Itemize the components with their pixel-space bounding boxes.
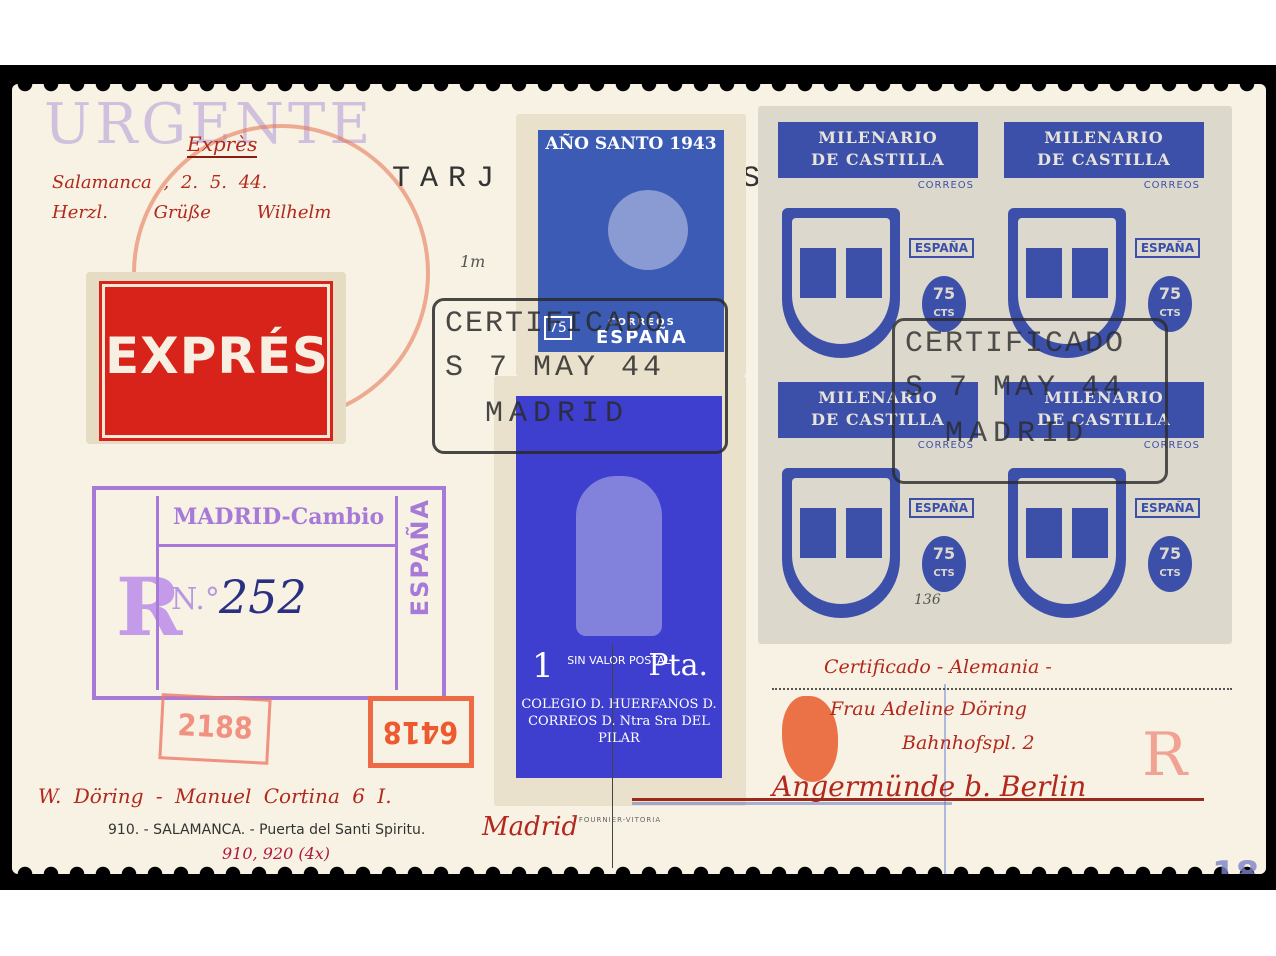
cancel-right-top: CERTIFICADO	[905, 327, 1125, 361]
stamp-pilar-unit: Pta.	[648, 648, 708, 683]
address-line-1: Certificado - Alemania -	[824, 656, 1052, 678]
milenario-correos: CORREOS	[918, 180, 974, 191]
registration-number: 252	[219, 570, 307, 624]
sender-address: W. Döring - Manuel Cortina 6 I.	[38, 784, 392, 808]
address-dotted-line	[772, 688, 1232, 690]
blue-crayon-underline	[632, 802, 952, 805]
milenario-value: 75CTS	[1148, 536, 1192, 592]
expres-label-red-field: EXPRÉS	[102, 284, 330, 438]
milenario-value-unit: CTS	[922, 564, 966, 584]
tower-icon	[800, 248, 836, 298]
cancel-left-city: MADRID	[485, 397, 629, 431]
sender-city: Madrid	[482, 812, 578, 842]
tower-icon	[846, 508, 882, 558]
card-center-divider	[612, 644, 613, 868]
milenario-value-number: 75	[933, 544, 955, 563]
tower-icon	[846, 248, 882, 298]
milenario-value-number: 75	[933, 284, 955, 303]
registered-r-mark: R	[1142, 720, 1187, 790]
shield-field	[1018, 478, 1116, 604]
milenario-banner: MILENARIODE CASTILLA	[778, 122, 978, 178]
stamp-pilar-line1: COLEGIO D. HUERFANOS D.	[516, 696, 722, 713]
expres-label-text: EXPRÉS	[105, 327, 327, 385]
milenario-banner: MILENARIODE CASTILLA	[1004, 122, 1204, 178]
cancel-left-date: S 7 MAY 44	[445, 351, 665, 385]
red-box-2188: 2188	[158, 693, 271, 765]
cancel-right-date: S 7 MAY 44	[905, 371, 1125, 405]
pencil-note-136: 136	[914, 592, 941, 608]
registration-number-prefix: N.°	[171, 582, 220, 617]
postcard: URGENTE TARJ S Exprès Salamanca , 2. 5. …	[12, 84, 1266, 874]
stamp-pilar-inscription: COLEGIO D. HUERFANOS D. CORREOS D. Ntra …	[516, 696, 722, 747]
milenario-country: ESPAÑA	[909, 238, 974, 258]
castle-shield-icon	[1008, 468, 1126, 618]
red-box-6418: 6418	[368, 696, 474, 768]
milenario-value-number: 75	[1159, 544, 1181, 563]
red-box-6418-number: 6418	[383, 701, 458, 761]
scalloped-edge-bottom	[12, 860, 1266, 874]
certificado-cancel-right: CERTIFICADO S 7 MAY 44 MADRID	[892, 318, 1168, 484]
castle-shield-icon	[782, 468, 900, 618]
pieta-figure-icon	[576, 476, 662, 636]
milenario-country: ESPAÑA	[909, 498, 974, 518]
registration-country: ESPAÑA	[406, 498, 434, 616]
milenario-value-unit: CTS	[1148, 564, 1192, 584]
handwritten-greeting: Herzl. Grüße Wilhelm	[52, 202, 331, 223]
cancel-left-top: CERTIFICADO	[445, 307, 665, 341]
address-underline	[632, 798, 1204, 801]
castle-shield-icon	[782, 208, 900, 358]
tower-icon	[1072, 248, 1108, 298]
address-line-2: Frau Adeline Döring	[830, 698, 1027, 720]
milenario-line2: DE CASTILLA	[1004, 150, 1204, 169]
shield-field	[792, 478, 890, 604]
blue-number-18: 18	[1212, 854, 1259, 874]
shield-field	[792, 218, 890, 344]
milenario-line1: MILENARIO	[1004, 128, 1204, 147]
tower-icon	[1072, 508, 1108, 558]
tarjeta-printed-text: TARJ	[392, 162, 504, 196]
registration-center: MADRID-Cambio N.° 252	[156, 496, 398, 690]
pencil-note-1m: 1m	[460, 252, 485, 271]
milenario-line1: MILENARIO	[778, 128, 978, 147]
registration-divider	[159, 544, 395, 547]
stamp-ano-santo-title: AÑO SANTO 1943	[538, 134, 724, 154]
censer-icon	[608, 190, 688, 270]
milenario-value: 75CTS	[922, 536, 966, 592]
catalog-note: 910, 920 (4x)	[222, 844, 330, 863]
tower-icon	[1026, 248, 1062, 298]
address-line-3: Bahnhofspl. 2	[902, 732, 1035, 754]
milenario-line2: DE CASTILLA	[778, 150, 978, 169]
milenario-country: ESPAÑA	[1135, 238, 1200, 258]
milenario-value-number: 75	[1159, 284, 1181, 303]
milenario-country: ESPAÑA	[1135, 498, 1200, 518]
cancel-right-city: MADRID	[945, 417, 1089, 451]
tower-icon	[800, 508, 836, 558]
registration-label: R MADRID-Cambio N.° 252 ESPAÑA	[92, 486, 446, 700]
registration-office: MADRID-Cambio	[173, 504, 384, 530]
tower-icon	[1026, 508, 1062, 558]
handwritten-expres: Exprès	[187, 132, 257, 158]
handwritten-place-date: Salamanca , 2. 5. 44.	[52, 172, 267, 193]
expres-label: EXPRÉS	[86, 272, 346, 444]
certificado-cancel-left: CERTIFICADO S 7 MAY 44 MADRID	[432, 298, 728, 454]
stamp-pilar-line2: CORREOS D. Ntra Sra DEL PILAR	[516, 713, 722, 747]
milenario-correos: CORREOS	[1144, 180, 1200, 191]
printed-caption: 910. - SALAMANCA. - Puerta del Santi Spi…	[108, 822, 425, 838]
